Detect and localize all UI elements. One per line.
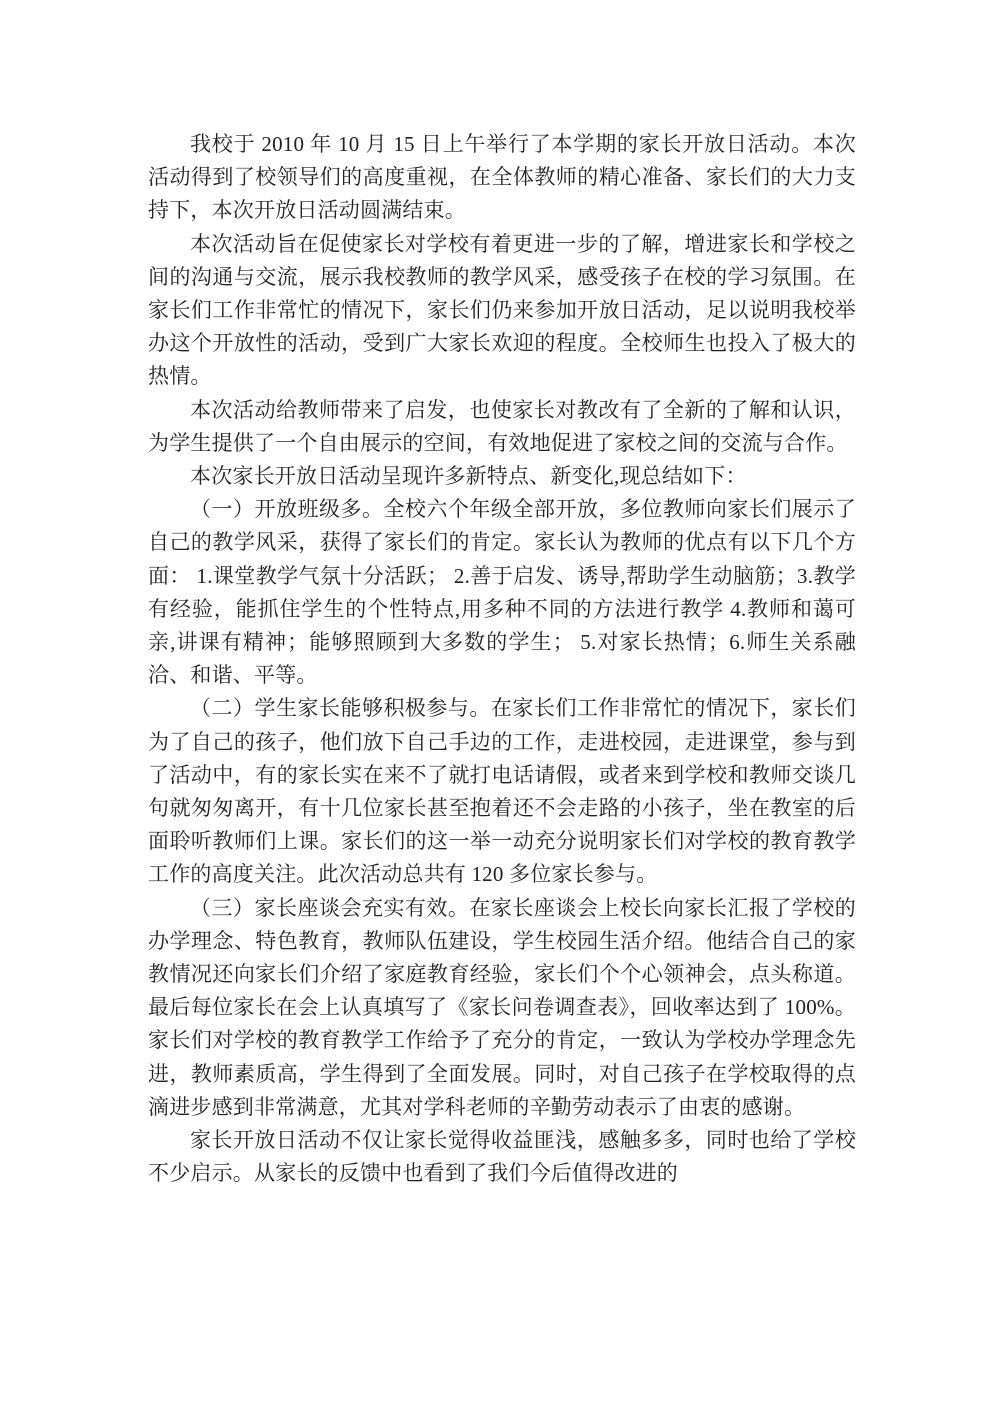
document-body: 我校于 2010 年 10 月 15 日上午举行了本学期的家长开放日活动。本次活… (148, 128, 856, 1191)
document-page: 我校于 2010 年 10 月 15 日上午举行了本学期的家长开放日活动。本次活… (0, 0, 1000, 1415)
paragraph: 本次活动给教师带来了启发，也使家长对教改有了全新的了解和认识，为学生提供了一个自… (148, 394, 856, 460)
paragraph: （一）开放班级多。全校六个年级全部开放，多位教师向家长们展示了自己的教学风采，获… (148, 493, 856, 692)
paragraph: 本次活动旨在促使家长对学校有着更进一步的了解，增进家长和学校之间的沟通与交流，展… (148, 228, 856, 394)
paragraph: 我校于 2010 年 10 月 15 日上午举行了本学期的家长开放日活动。本次活… (148, 128, 856, 228)
paragraph: （二）学生家长能够积极参与。在家长们工作非常忙的情况下，家长们为了自己的孩子，他… (148, 692, 856, 891)
paragraph: 家长开放日活动不仅让家长觉得收益匪浅，感触多多，同时也给了学校不少启示。从家长的… (148, 1124, 856, 1190)
paragraph: （三）家长座谈会充实有效。在家长座谈会上校长向家长汇报了学校的办学理念、特色教育… (148, 892, 856, 1124)
paragraph: 本次家长开放日活动呈现许多新特点、新变化,现总结如下： (148, 460, 856, 493)
